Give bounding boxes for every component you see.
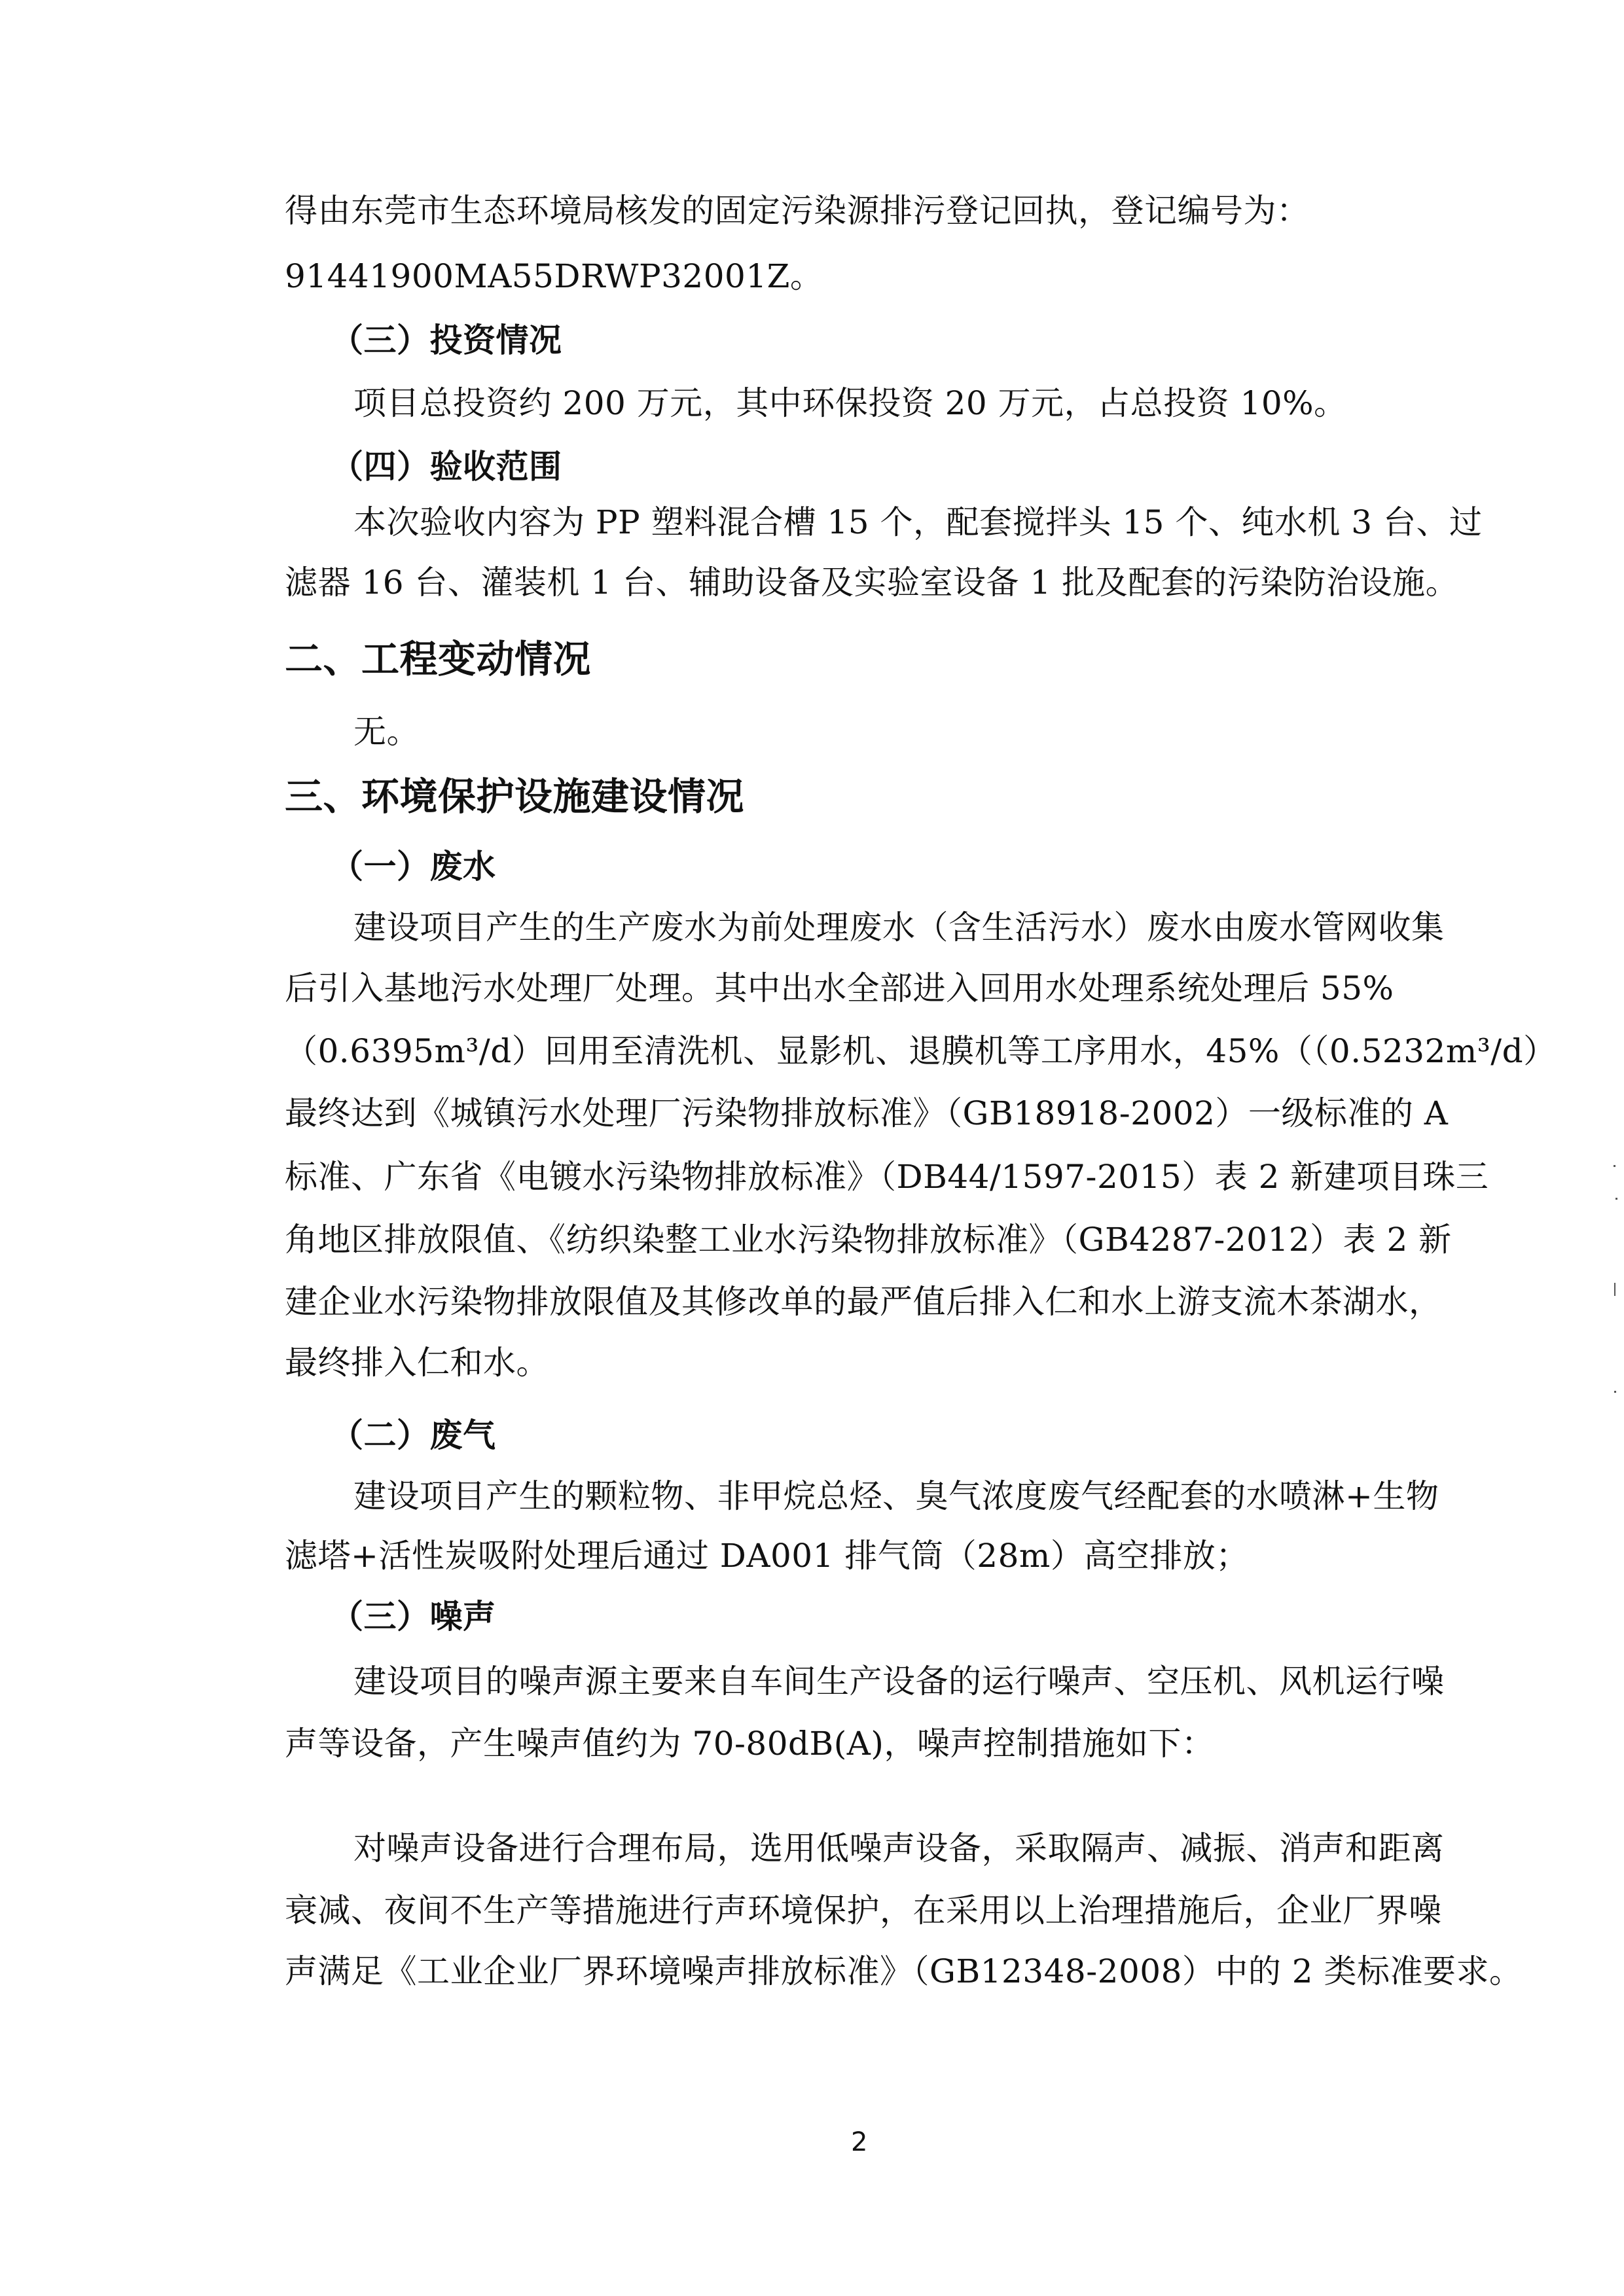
wastewater-text-cont: 角地区排放限值、《纺织染整工业水污染物排放标准》（GB4287-2012）表 2… [285,1220,1452,1259]
subheading-waste-gas: （二）废气 [331,1416,496,1455]
wastewater-text-cont: 后引入基地污水处理厂处理。其中出水全部进入回用水处理系统处理后 55% [285,969,1394,1008]
wastewater-text-cont: 标准、广东省《电镀水污染物排放标准》（DB44/1597-2015）表 2 新建… [285,1157,1489,1196]
noise-measures-text-cont: 声满足《工业企业厂界环境噪声排放标准》（GB12348-2008）中的 2 类标… [285,1952,1522,1991]
wastewater-text-cont: 建企业水污染物排放限值及其修改单的最严值后排入仁和水上游支流木茶湖水， [285,1282,1442,1321]
subheading-wastewater: （一）废水 [331,847,496,886]
subheading-investment: （三）投资情况 [331,321,562,360]
wastewater-text-cont: （0.6395m³/d）回用至清洗机、显影机、退膜机等工序用水，45%（（0.5… [285,1031,1557,1071]
wastewater-text: 建设项目产生的生产废水为前处理废水（含生活污水）废水由废水管网收集 [353,908,1445,947]
scan-artifact [1614,1165,1615,1167]
subheading-noise: （三）噪声 [331,1597,496,1636]
scan-artifact [1614,1283,1615,1296]
document-page: 得由东莞市生态环境局核发的固定污染源排污登记回执，登记编号为： 91441900… [0,0,1624,2296]
acceptance-scope-text: 本次验收内容为 PP 塑料混合槽 15 个，配套搅拌头 15 个、纯水机 3 台… [353,503,1483,542]
subheading-acceptance-scope: （四）验收范围 [331,447,562,486]
investment-text: 项目总投资约 200 万元，其中环保投资 20 万元，占总投资 10%。 [353,384,1347,423]
scan-artifact [1615,1198,1617,1200]
heading-engineering-changes: 二、工程变动情况 [285,636,591,682]
body-text-line: 得由东莞市生态环境局核发的固定污染源排污登记回执，登记编号为： [285,191,1310,230]
wastewater-text-cont: 最终排入仁和水。 [285,1343,549,1382]
registration-number: 91441900MA55DRWP32001Z。 [285,257,823,296]
wastewater-text-cont: 最终达到《城镇污水处理厂污染物排放标准》（GB18918-2002）一级标准的 … [285,1094,1448,1133]
waste-gas-text: 建设项目产生的颗粒物、非甲烷总烃、臭气浓度废气经配套的水喷淋+生物 [353,1477,1439,1516]
page-number: 2 [851,2127,867,2157]
noise-text-cont: 声等设备，产生噪声值约为 70-80dB(A)，噪声控制措施如下： [285,1724,1214,1763]
heading-env-protection-facilities: 三、环境保护设施建设情况 [285,774,744,819]
acceptance-scope-text-cont: 滤器 16 台、灌装机 1 台、辅助设备及实验室设备 1 批及配套的污染防治设施… [285,563,1458,602]
noise-text: 建设项目的噪声源主要来自车间生产设备的运行噪声、空压机、风机运行噪 [353,1662,1445,1701]
scan-artifact [1614,1391,1616,1393]
engineering-changes-text: 无。 [353,712,420,751]
noise-measures-text: 对噪声设备进行合理布局，选用低噪声设备，采取隔声、减振、消声和距离 [353,1829,1445,1868]
noise-measures-text-cont: 衰减、夜间不生产等措施进行声环境保护，在采用以上治理措施后，企业厂界噪 [285,1891,1442,1930]
waste-gas-text-cont: 滤塔+活性炭吸附处理后通过 DA001 排气筒（28m）高空排放； [285,1536,1249,1575]
